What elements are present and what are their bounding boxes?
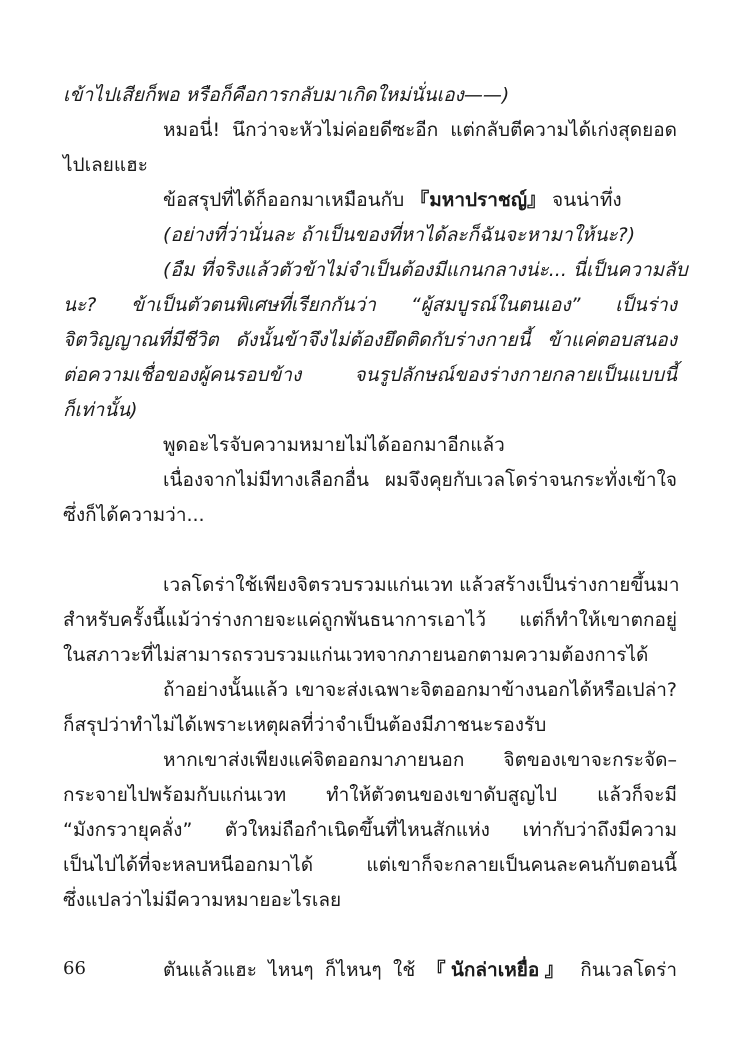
text-line: พูดอะไรจับความหมายไม่ได้ออกมาอีกแล้ว: [63, 428, 677, 463]
text-line: (อย่างที่ว่านั่นละ ถ้าเป็นของที่หาได้ละก…: [63, 218, 677, 253]
text-line: (อืม ที่จริงแล้วตัวข้าไม่จำเป็นต้องมีแกน…: [63, 253, 677, 288]
text-line: ซึ่งก็ได้ความว่า...: [63, 498, 677, 533]
section-break: [63, 918, 677, 953]
text-line: หมอนี่! นึกว่าจะหัวไม่ค่อยดีซะอีก แต่กลั…: [63, 113, 677, 148]
section-break: [63, 533, 677, 568]
text-line: ต่อความเชื่อของผู้คนรอบข้าง จนรูปลักษณ์ข…: [63, 358, 677, 393]
text-segment: กินเวลโดร่า: [569, 959, 677, 981]
text-line: ในสภาวะที่ไม่สามารถรวบรวมแก่นเวทจากภายนอ…: [63, 638, 677, 673]
text-line: เวลโดร่าใช้เพียงจิตรวบรวมแก่นเวท แล้วสร้…: [63, 568, 677, 603]
text-line: ไปเลยแฮะ: [63, 148, 677, 183]
text-segment: ข้อสรุปที่ได้ก็ออกมาเหมือนกับ: [163, 189, 410, 211]
book-page-body: เข้าไปเสียก็พอ หรือก็คือการกลับมาเกิดใหม…: [63, 78, 677, 988]
text-line: ถ้าอย่างนั้นแล้ว เขาจะส่งเฉพาะจิตออกมาข้…: [63, 673, 677, 708]
text-line: หากเขาส่งเพียงแค่จิตออกมาภายนอก จิตของเข…: [63, 743, 677, 778]
text-line: ก็สรุปว่าทำไม่ได้เพราะเหตุผลที่ว่าจำเป็น…: [63, 708, 677, 743]
text-segment: ตันแล้วแฮะ ไหนๆ ก็ไหนๆ ใช้: [163, 959, 427, 981]
text-line: นะ? ข้าเป็นตัวตนพิเศษที่เรียกกันว่า “ผู้…: [63, 288, 677, 323]
text-line: จิตวิญญาณที่มีชีวิต ดังนั้นข้าจึงไม่ต้อง…: [63, 323, 677, 358]
text-segment: จนน่าทึ่ง: [546, 189, 622, 211]
text-line: เนื่องจากไม่มีทางเลือกอื่น ผมจึงคุยกับเว…: [63, 463, 677, 498]
text-line: กระจายไปพร้อมกับแก่นเวท ทำให้ตัวตนของเขา…: [63, 778, 677, 813]
text-line: “มังกรวายุคลั่ง” ตัวใหม่ถือกำเนิดขึ้นที่…: [63, 813, 677, 848]
text-line: ซึ่งแปลว่าไม่มีความหมายอะไรเลย: [63, 883, 677, 918]
text-line: เป็นไปได้ที่จะหลบหนีออกมาได้ แต่เขาก็จะก…: [63, 848, 677, 883]
page-number: 66: [63, 958, 86, 979]
skill-name-great-sage: 『มหาปราชญ์』: [410, 189, 546, 211]
text-line: เข้าไปเสียก็พอ หรือก็คือการกลับมาเกิดใหม…: [63, 78, 677, 113]
text-line: ก็เท่านั้น): [63, 393, 677, 428]
text-line-with-skill-name: ข้อสรุปที่ได้ก็ออกมาเหมือนกับ 『มหาปราชญ์…: [63, 183, 677, 218]
text-line: สำหรับครั้งนี้แม้ว่าร่างกายจะแค่ถูกพันธน…: [63, 603, 677, 638]
text-line-with-skill-name: ตันแล้วแฮะ ไหนๆ ก็ไหนๆ ใช้ 『นักล่าเหยื่อ…: [63, 953, 677, 988]
skill-name-predator: 『นักล่าเหยื่อ』: [427, 959, 569, 981]
